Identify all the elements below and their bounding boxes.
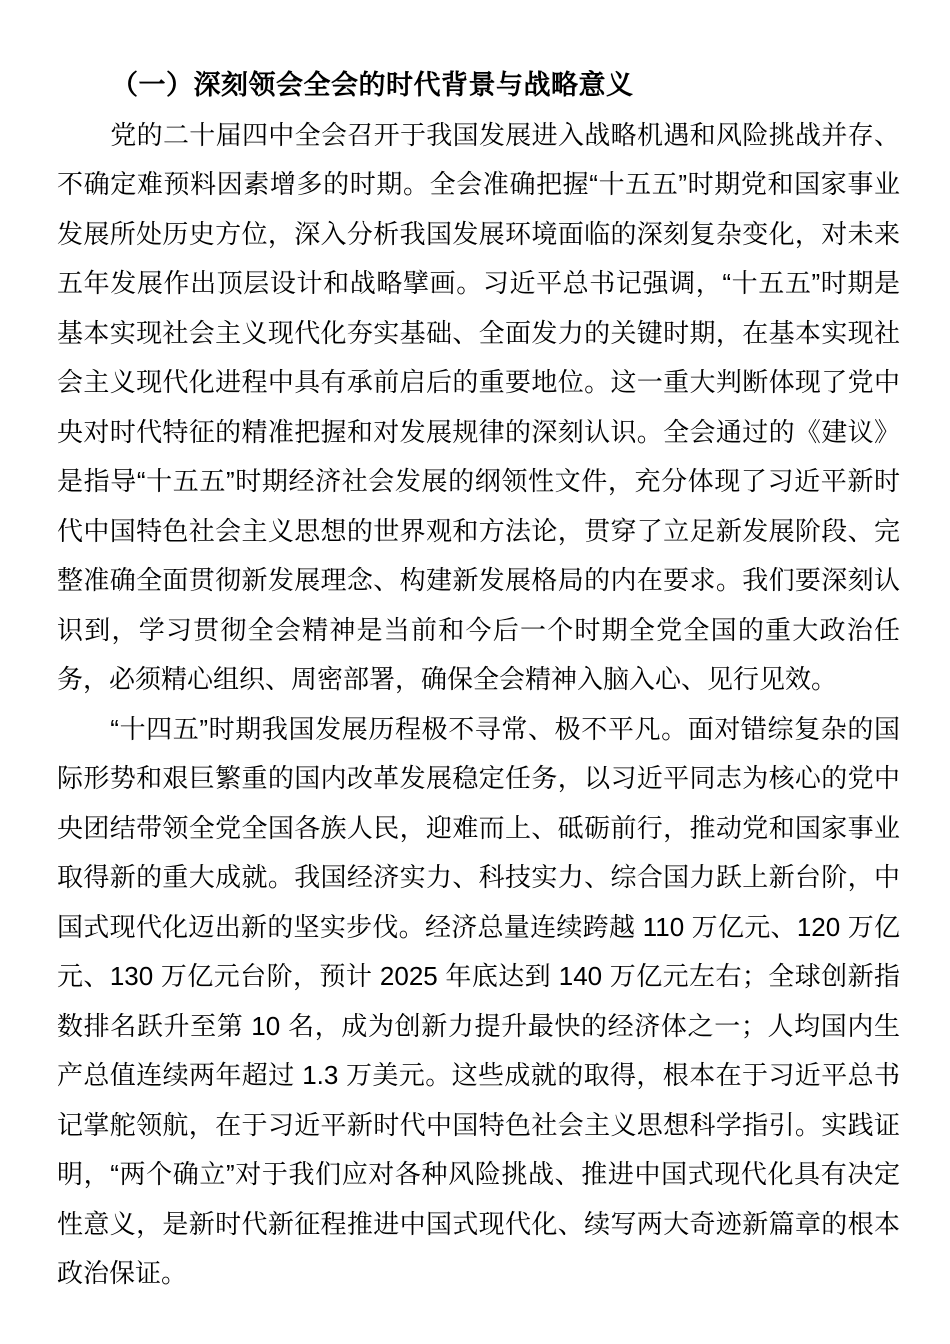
body-paragraph-1: 党的二十届四中全会召开于我国发展进入战略机遇和风险挑战并存、不确定难预料因素增多… [57, 111, 900, 705]
section-heading: （一）深刻领会全会的时代背景与战略意义 [57, 61, 900, 111]
body-paragraph-2: “十四五”时期我国发展历程极不寻常、极不平凡。面对错综复杂的国际形势和艰巨繁重的… [57, 705, 900, 1299]
document-page: （一）深刻领会全会的时代背景与战略意义 党的二十届四中全会召开于我国发展进入战略… [0, 0, 950, 1344]
